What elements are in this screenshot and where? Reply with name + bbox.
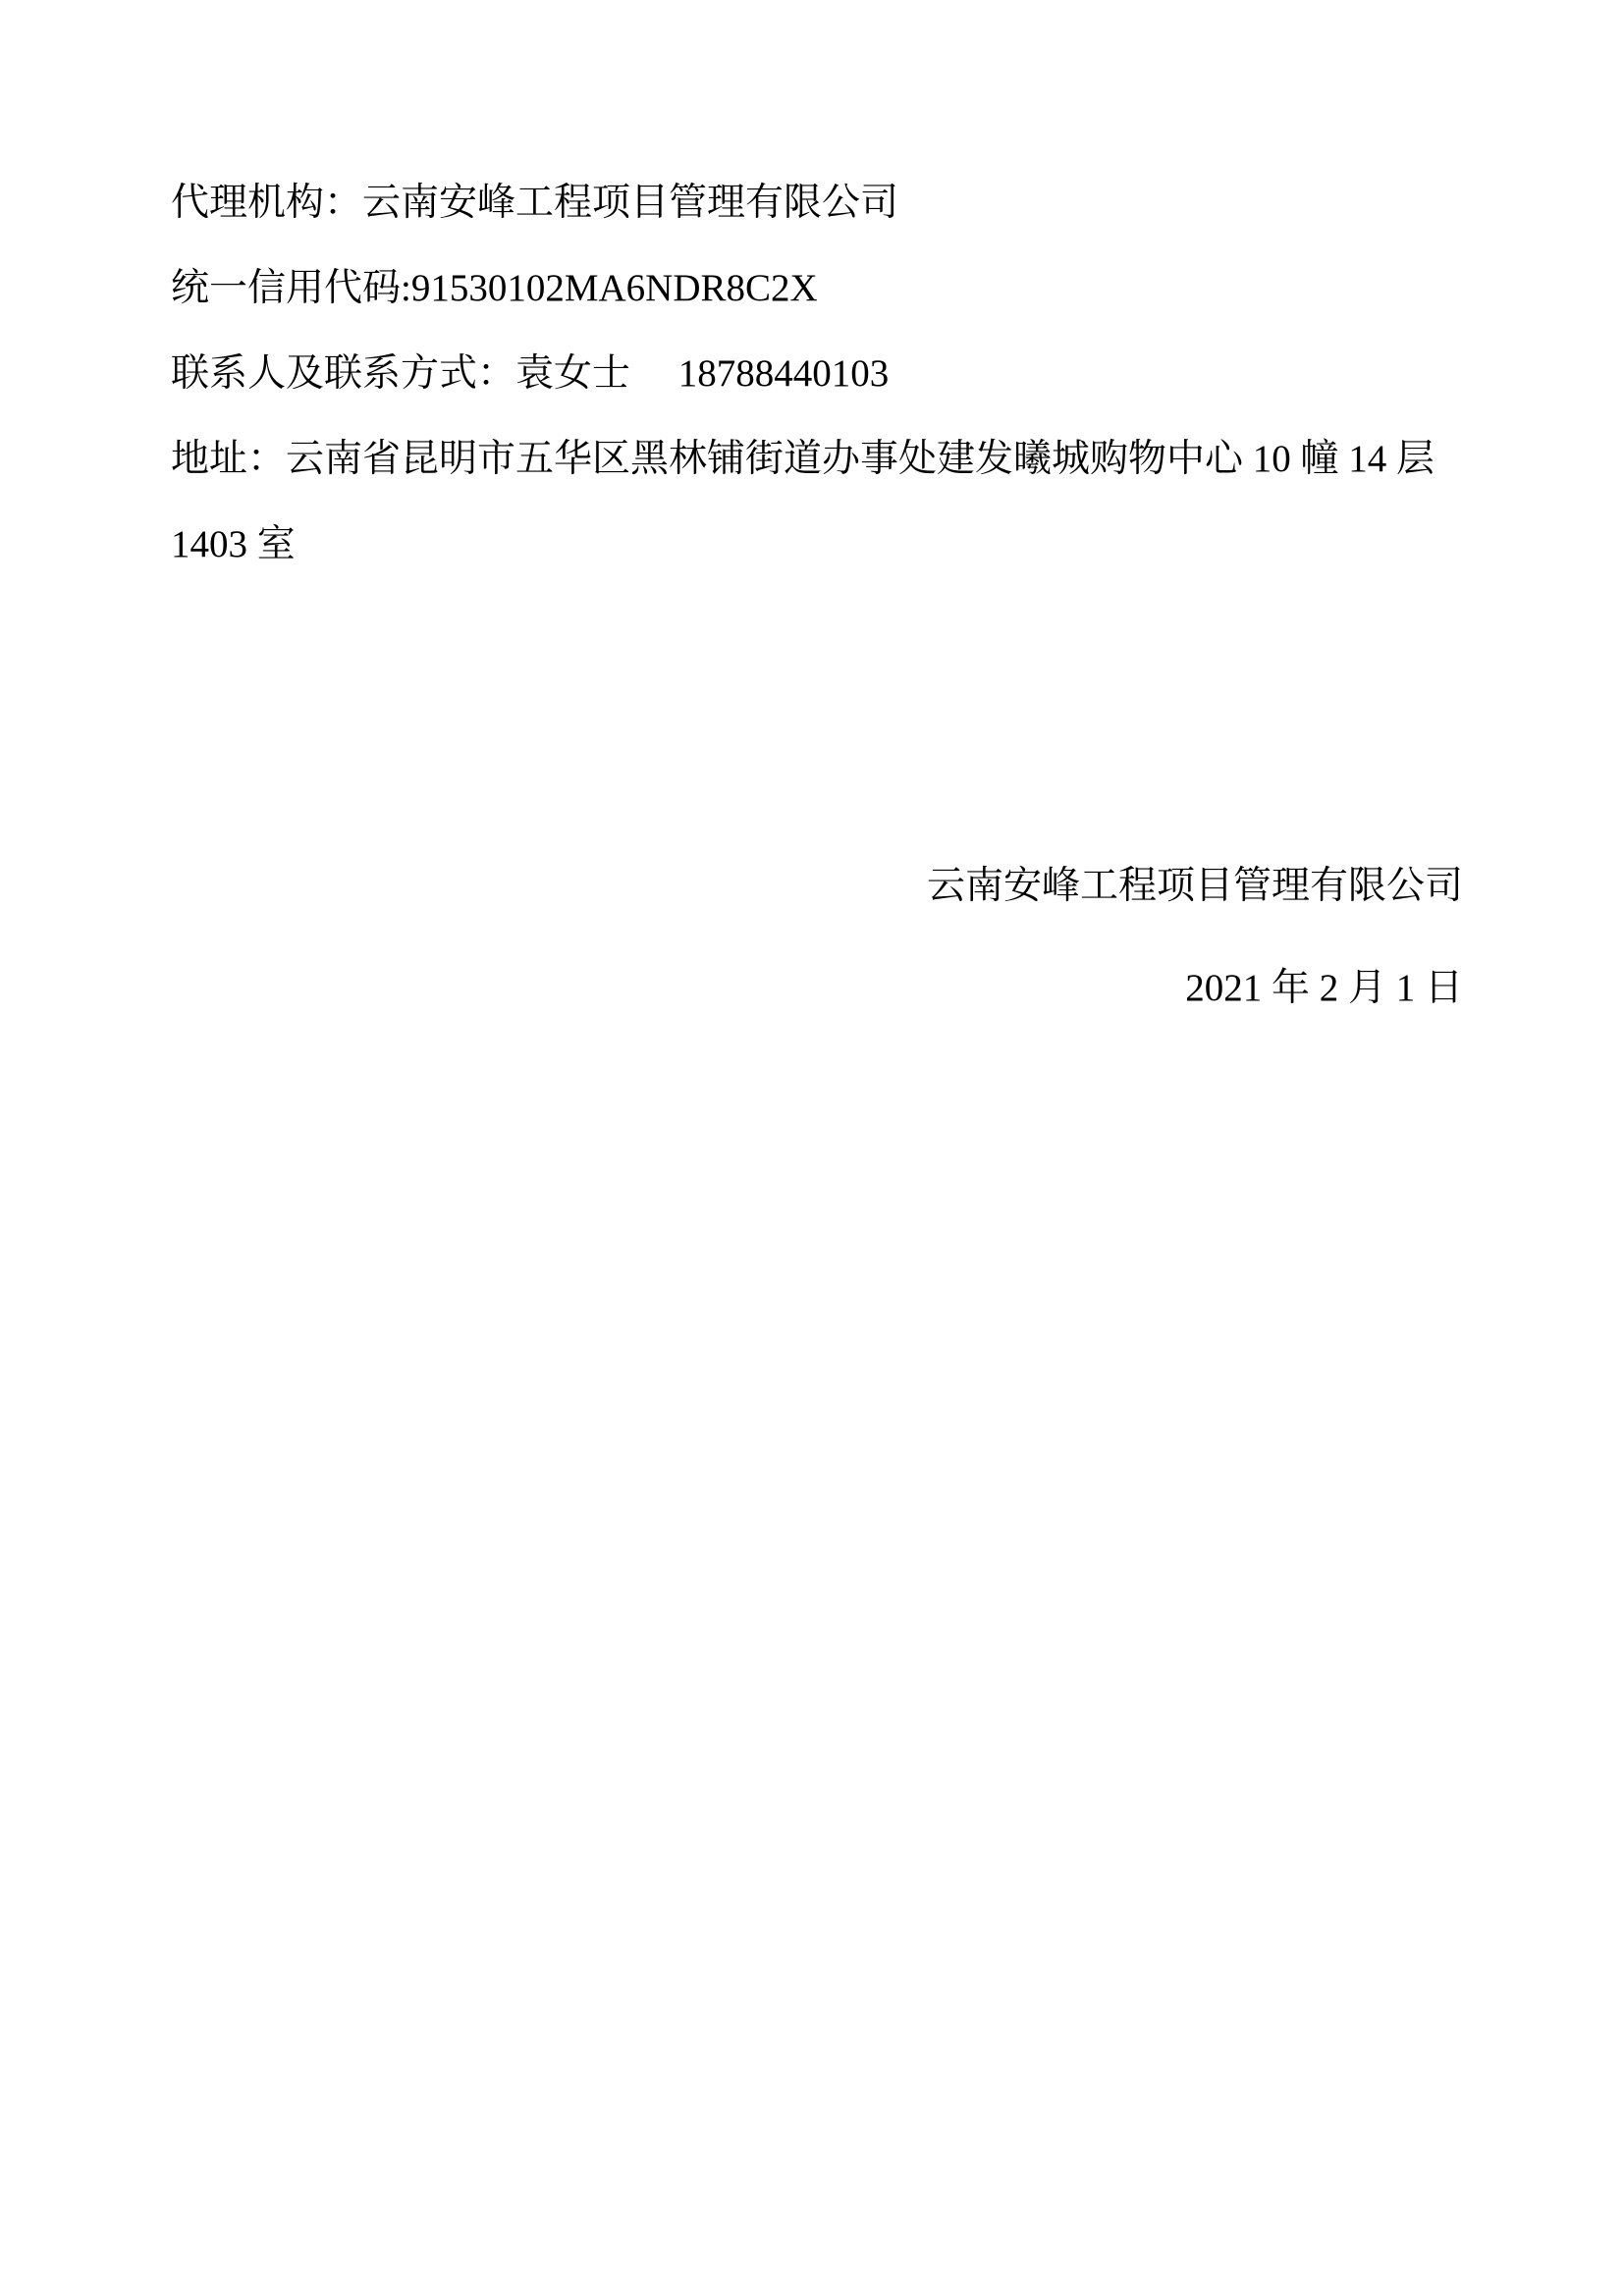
- address-line-1: 地址：云南省昆明市五华区黑林铺街道办事处建发曦城购物中心 10 幢 14 层: [171, 416, 1467, 502]
- signature-company: 云南安峰工程项目管理有限公司: [927, 843, 1463, 929]
- agency-name-line: 代理机构：云南安峰工程项目管理有限公司: [171, 160, 1467, 245]
- contact-line: 联系人及联系方式：袁女士 18788440103: [171, 331, 1467, 416]
- signature-date: 2021 年 2 月 1 日: [927, 945, 1463, 1031]
- signature-section: 云南安峰工程项目管理有限公司 2021 年 2 月 1 日: [927, 843, 1463, 1031]
- address-line-2: 1403 室: [171, 502, 1467, 587]
- agency-info-section: 代理机构：云南安峰工程项目管理有限公司 统一信用代码:91530102MA6ND…: [171, 160, 1467, 587]
- document-page: 代理机构：云南安峰工程项目管理有限公司 统一信用代码:91530102MA6ND…: [0, 0, 1624, 2296]
- credit-code-line: 统一信用代码:91530102MA6NDR8C2X: [171, 245, 1467, 331]
